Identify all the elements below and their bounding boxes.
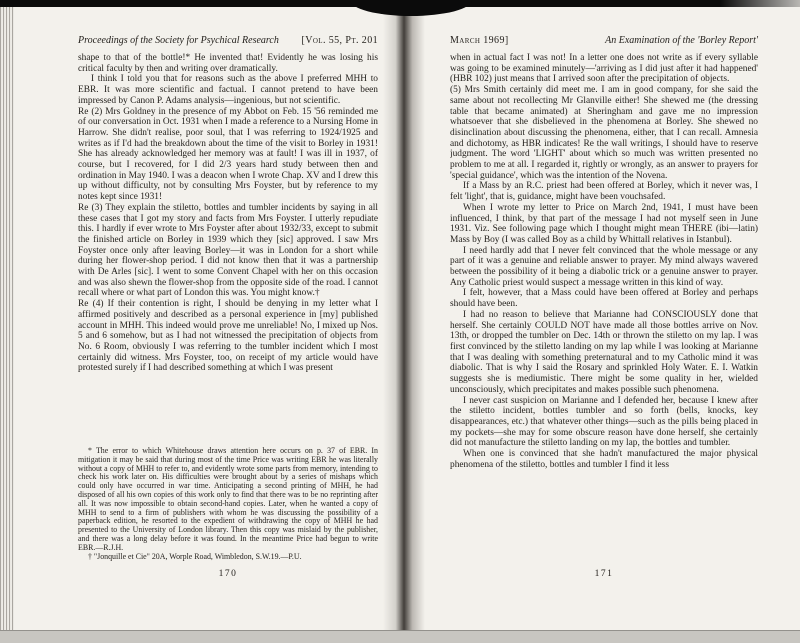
paragraph: When I wrote my letter to Price on March…: [450, 203, 758, 246]
book-gutter-shadow: [383, 0, 425, 631]
paragraph: Re (4) If their contention is right, I s…: [78, 299, 378, 374]
left-page-header: Proceedings of the Society for Psychical…: [78, 35, 378, 46]
paragraph: Re (3) They explain the stiletto, bottle…: [78, 203, 378, 299]
issue-date: March 1969]: [450, 35, 509, 46]
page-stack-edge: [0, 0, 14, 631]
volume-reference: [Vol. 55, Pt. 201: [301, 35, 378, 46]
right-page-number: 171: [450, 569, 758, 579]
paragraph: Re (2) Mrs Goldney in the presence of my…: [78, 107, 378, 203]
right-page-body: when in actual fact I was not! In a lett…: [450, 53, 758, 577]
paragraph: When one is convinced that she hadn't ma…: [450, 449, 758, 470]
left-page-footnotes: * The error to which Whitehouse draws at…: [78, 447, 378, 575]
paragraph: shape to that of the bottle!* He invente…: [78, 53, 378, 74]
paragraph: I think I told you that for reasons such…: [78, 74, 378, 106]
left-running-title: Proceedings of the Society for Psychical…: [78, 35, 279, 46]
footnote: † "Jonquille et Cie" 20A, Worple Road, W…: [78, 553, 378, 562]
right-page-header: March 1969] An Examination of the 'Borle…: [450, 35, 758, 46]
scan-bottom-edge: [0, 630, 800, 643]
book-scan: Proceedings of the Society for Psychical…: [0, 0, 800, 643]
footnote: * The error to which Whitehouse draws at…: [78, 447, 378, 553]
left-page-number: 170: [78, 569, 378, 579]
paragraph: I never cast suspicion on Marianne and I…: [450, 396, 758, 450]
paragraph: I need hardly add that I never felt conv…: [450, 246, 758, 289]
paragraph: I had no reason to believe that Marianne…: [450, 310, 758, 396]
paragraph: If a Mass by an R.C. priest had been off…: [450, 181, 758, 202]
right-running-title: An Examination of the 'Borley Report': [605, 35, 758, 46]
paragraph: (5) Mrs Smith certainly did meet me. I a…: [450, 85, 758, 181]
paragraph: when in actual fact I was not! In a lett…: [450, 53, 758, 85]
left-page-body: shape to that of the bottle!* He invente…: [78, 53, 378, 437]
scan-top-edge-bulge: [350, 0, 472, 16]
paragraph: I felt, however, that a Mass could have …: [450, 288, 758, 309]
